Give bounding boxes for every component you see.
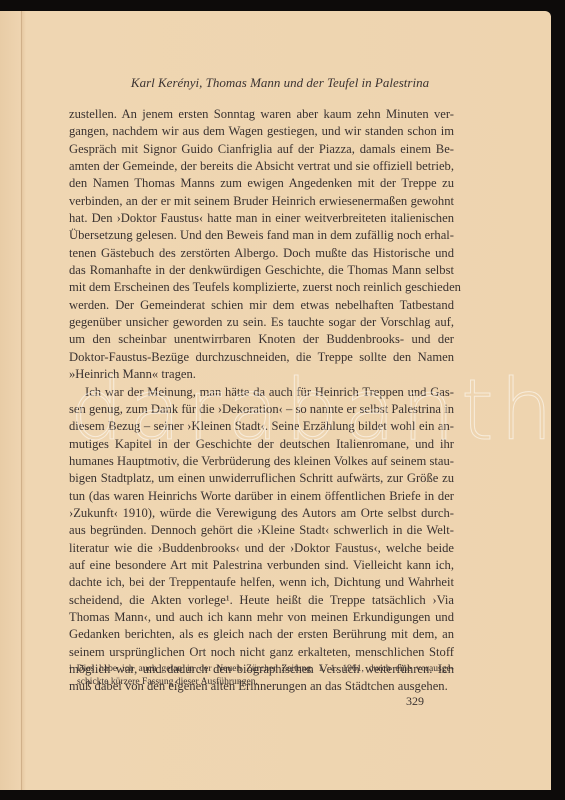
footnote: ¹ Dies habe ich auch getan in der Neuen …	[69, 662, 454, 688]
running-header: Karl Kerényi, Thomas Mann und der Teufel…	[60, 75, 500, 91]
text-line: literatur wie die ›Buddenbrooks‹ und der…	[69, 540, 454, 557]
text-line: auf eine besondere Art mit Palestrina ve…	[69, 557, 454, 574]
text-line: Gespräch mit Signor Guido Cianfriglia au…	[69, 141, 454, 158]
footnote-line: schickte kürzere Fassung dieser Ausführu…	[69, 675, 454, 688]
text-line: amten der Gemeinde, der bereits die Absi…	[69, 158, 454, 175]
text-line: gegenüber unsicher geworden zu sein. Es …	[69, 314, 454, 331]
text-line: »Heinrich Mann« tragen.	[69, 366, 454, 383]
text-line: ›Zukunft‹ 1910), würde die Verewigung de…	[69, 505, 454, 522]
text-line: gangen, nachdem wir aus dem Wagen gestie…	[69, 123, 454, 140]
footnote-line: ¹ Dies habe ich auch getan in der Neuen …	[69, 662, 454, 675]
text-line: dachte ich, bei der Treppentaufe helfen,…	[69, 574, 454, 591]
text-line: Gedanken berichten, als es gleich nach d…	[69, 626, 454, 643]
text-line: mutiges Kapitel in der Geschichte der de…	[69, 436, 454, 453]
text-line: das Romanhafte in der denkwürdigen Gesch…	[69, 262, 454, 279]
text-line: scheidend, die Akten vorlege¹. Heute hei…	[69, 592, 454, 609]
text-line: tun (das waren Heinrichs Worte darüber i…	[69, 488, 454, 505]
text-line: um den scheinbar unentwirrbaren Knoten d…	[69, 331, 454, 348]
body-text: zustellen. An jenem ersten Sonntag waren…	[69, 106, 454, 696]
page-number: 329	[406, 694, 424, 709]
text-line: Übersetzung gelesen. Und den Beweis fand…	[69, 227, 454, 244]
text-line: bigen Stadtplatz, um einen unwiderruflic…	[69, 470, 454, 487]
text-line: den Namen Thomas Manns zum ewigen Angede…	[69, 175, 454, 192]
text-line: Thomas Mann‹, und auch ich kann mehr von…	[69, 609, 454, 626]
page-fold-line	[21, 11, 22, 790]
text-line: tenen Gästebuch des zerstörten Albergo. …	[69, 245, 454, 262]
text-line: mit dem Erscheinen des Teufels komplizie…	[69, 279, 454, 296]
text-line: aus begründen. Dennoch gehört die ›Klein…	[69, 522, 454, 539]
book-page: Karl Kerényi, Thomas Mann und der Teufel…	[0, 11, 551, 790]
text-line: seinem ursprünglichen Ort noch nicht gan…	[69, 644, 454, 661]
text-line: hat. Den ›Doktor Faustus‹ hatte man in e…	[69, 210, 454, 227]
text-line: sen genug, zum Dank für die ›Dekoration‹…	[69, 401, 454, 418]
text-line: Ich war der Meinung, man hätte da auch f…	[69, 384, 454, 401]
text-line: verbinden, an der er mit seinem Bruder H…	[69, 193, 454, 210]
text-line: Doktor-Faustus-Bezüge durchzuschneiden, …	[69, 349, 454, 366]
text-line: diesem Bezug – seiner ›Kleinen Stadt‹. S…	[69, 418, 454, 435]
text-line: werden. Der Gemeinderat schien mir dem e…	[69, 297, 454, 314]
text-line: zustellen. An jenem ersten Sonntag waren…	[69, 106, 454, 123]
text-line: humanes Hauptmotiv, die Verbrüderung des…	[69, 453, 454, 470]
